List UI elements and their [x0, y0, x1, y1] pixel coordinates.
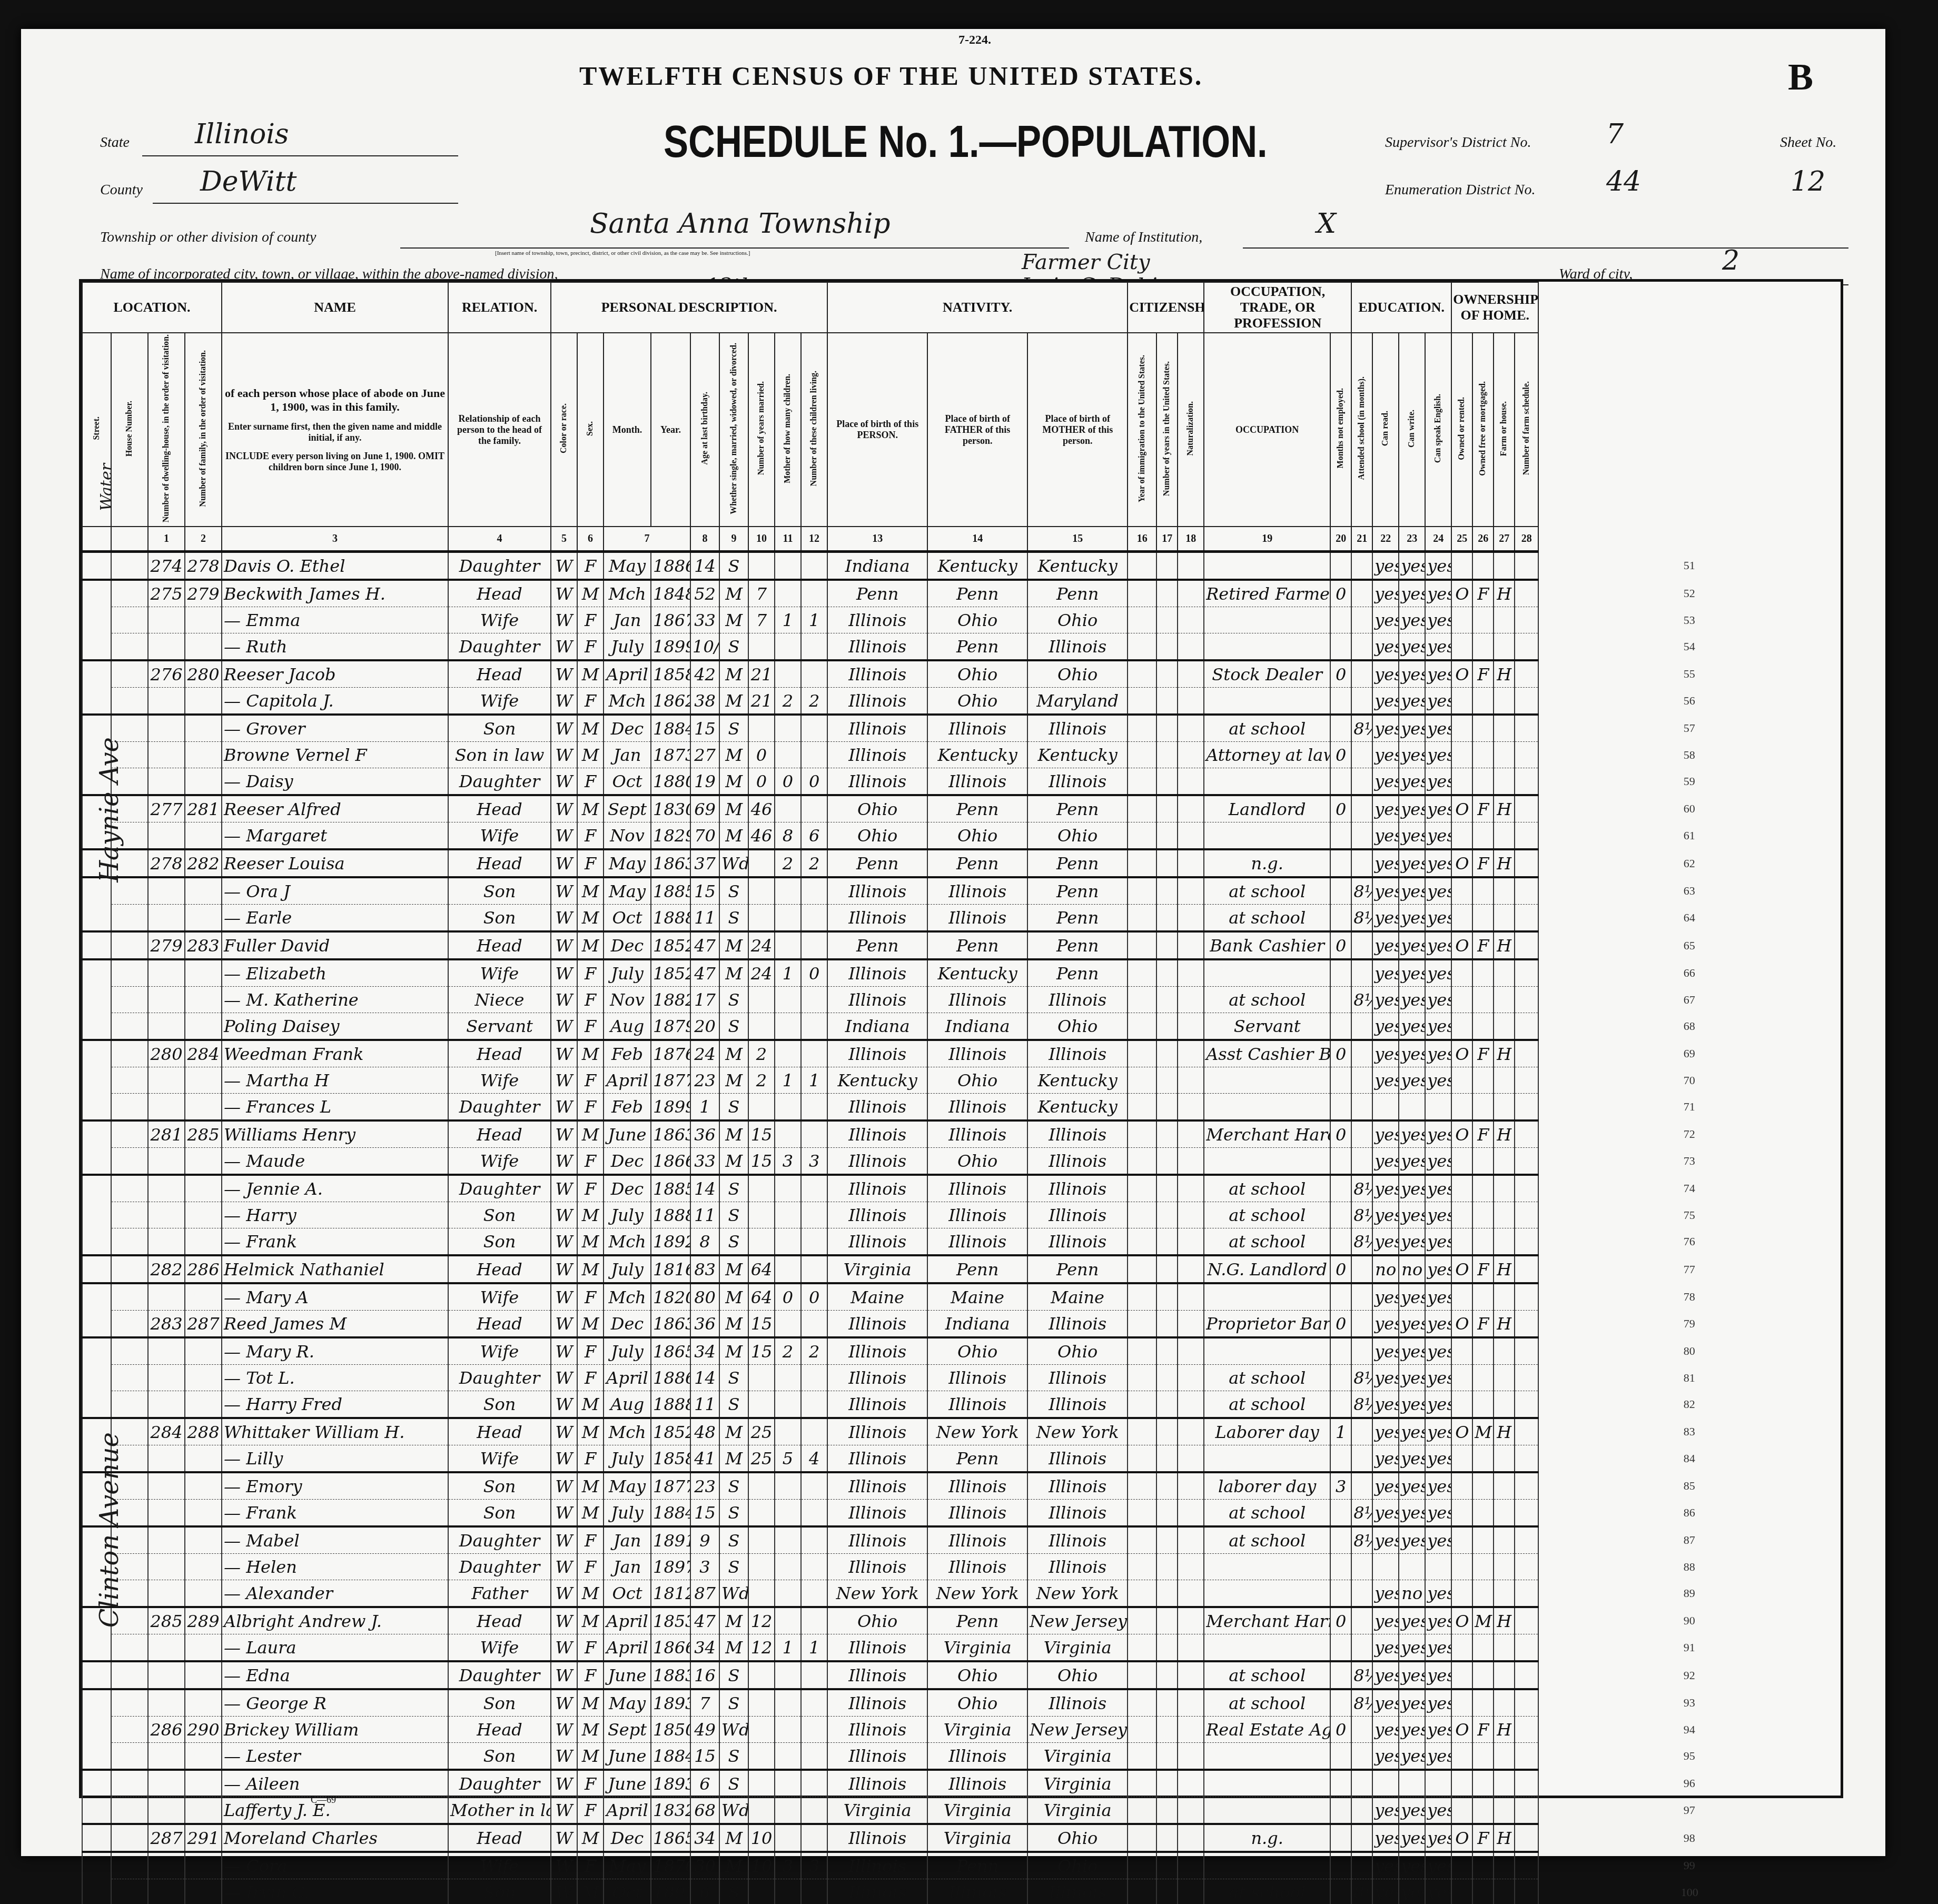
cell-dw [148, 1634, 185, 1662]
cell-mu [1330, 715, 1351, 742]
cell-sex: M [577, 1689, 604, 1717]
cell-yus [1156, 1689, 1178, 1717]
cell-mar: M [719, 959, 748, 987]
cell-fh [1494, 1067, 1515, 1094]
cell-occ [1204, 1797, 1330, 1824]
cell-nat [1178, 1202, 1204, 1228]
cell-dw: 281 [148, 1120, 185, 1148]
table-row: 274278Davis O. EthelDaughterWFMay188614S… [82, 552, 1840, 580]
cell-moc: 5 [775, 1445, 801, 1473]
cell-own [1451, 688, 1472, 715]
cell-dw [148, 1175, 185, 1202]
cell-street [82, 1013, 111, 1040]
cell-house [111, 633, 148, 661]
cell-en: yes [1425, 1391, 1451, 1419]
col-children-living: Number of these children living. [801, 333, 827, 527]
cell-bm: Penn [1027, 795, 1128, 822]
cell-occ: at school [1204, 1202, 1330, 1228]
cell-bm: New Jersey [1027, 1607, 1128, 1634]
cell-imm [1128, 1445, 1156, 1473]
cell-wr: yes [1399, 552, 1425, 580]
cell-month: July [604, 1337, 651, 1365]
cell-occ: at school [1204, 877, 1330, 905]
cell-street [82, 1661, 111, 1689]
cell-ym [748, 1879, 775, 1904]
cell-month: Dec [604, 1175, 651, 1202]
cell-occ [1204, 1445, 1330, 1473]
cell-fs [1515, 849, 1538, 877]
cell-house [111, 1634, 148, 1662]
table-row: — MaudeWifeWFDec186633M1533IllinoisOhioI… [82, 1148, 1840, 1175]
cell-rd: yes [1372, 1580, 1399, 1608]
col-farm-house: Farm or house. [1494, 333, 1515, 527]
cell-en: yes [1425, 822, 1451, 850]
cell-name: — Daisy [222, 768, 448, 796]
cell-nat [1178, 931, 1204, 959]
col-attended-school: Attended school (in months). [1351, 333, 1372, 527]
cell-fam: 287 [185, 1311, 222, 1338]
cell-month: April [604, 1365, 651, 1391]
cell-sch [1351, 1148, 1372, 1175]
cell-street [82, 1824, 111, 1852]
cell-sex: F [577, 849, 604, 877]
cell-sch: 8½ [1351, 987, 1372, 1013]
cell-fh: H [1494, 849, 1515, 877]
header-education: EDUCATION. [1351, 282, 1451, 333]
cell-fs [1515, 1661, 1538, 1689]
cell-year: 1873 [651, 742, 690, 768]
cell-nat [1178, 905, 1204, 932]
cell-house [111, 552, 148, 580]
cell-ym [748, 633, 775, 661]
cell-bp: Penn [827, 580, 927, 607]
col-birth-mother: Place of birth of MOTHER of this person. [1027, 333, 1128, 527]
cell-en: yes [1425, 1580, 1451, 1608]
cell-occ [1204, 768, 1330, 796]
cell-ym [748, 1770, 775, 1797]
cell-cl [801, 1391, 827, 1419]
institution-value: X [1317, 208, 1336, 240]
cell-sex: M [577, 1255, 604, 1283]
cell-fh [1494, 1743, 1515, 1770]
cell-street [82, 1094, 111, 1121]
cell-house [111, 1852, 148, 1879]
cell-own [1451, 1634, 1472, 1662]
cell-fh: H [1494, 1824, 1515, 1852]
cell-cl [801, 1365, 827, 1391]
cell-fm: F [1472, 849, 1494, 877]
cell-cl [801, 742, 827, 768]
cell-house [111, 1120, 148, 1148]
cell-fh: H [1494, 660, 1515, 688]
cell-moc [775, 1797, 801, 1824]
cell-nat [1178, 1148, 1204, 1175]
cell-dw [148, 1365, 185, 1391]
cell-wr: yes [1399, 607, 1425, 633]
cell-bp: Illinois [827, 1743, 927, 1770]
cell-moc [775, 1094, 801, 1121]
cell-mu [1330, 877, 1351, 905]
cell-rel: Head [448, 1717, 551, 1743]
cell-mu [1330, 1013, 1351, 1040]
cell-rel: Daughter [448, 1175, 551, 1202]
schedule-title: SCHEDULE No. 1.—POPULATION. [664, 116, 1268, 168]
cell-year: 1893 [651, 1689, 690, 1717]
table-row: 283287Reed James MHeadWMDec186336M15Illi… [82, 1311, 1840, 1338]
cell-bf: Penn [927, 1255, 1027, 1283]
cell-imm [1128, 768, 1156, 796]
cell-nat [1178, 1554, 1204, 1580]
cell-bm: Ohio [1027, 1824, 1128, 1852]
cell-nat [1178, 1607, 1204, 1634]
cell-age: 11 [690, 1202, 719, 1228]
cell-en [1425, 1094, 1451, 1121]
cell-occ [1204, 1283, 1330, 1311]
cell-moc [775, 1418, 801, 1445]
cell-sch [1351, 931, 1372, 959]
cell-name: — Jennie A. [222, 1175, 448, 1202]
cell-mu: 0 [1330, 1717, 1351, 1743]
cell-en: yes [1425, 905, 1451, 932]
cell-mar: M [719, 1255, 748, 1283]
cell-dw: 284 [148, 1418, 185, 1445]
cell-bp: Illinois [827, 1661, 927, 1689]
cell-nat [1178, 1067, 1204, 1094]
cell-en: yes [1425, 552, 1451, 580]
cell-fh: H [1494, 1311, 1515, 1338]
cell-ym [748, 1013, 775, 1040]
cell-sex: M [577, 715, 604, 742]
cell-dw [148, 905, 185, 932]
cell-rd: yes [1372, 1228, 1399, 1256]
cell-occ: Retired Farmer [1204, 580, 1330, 607]
cell-nat [1178, 742, 1204, 768]
cell-rd: yes [1372, 552, 1399, 580]
cell-month: April [604, 1634, 651, 1662]
cell-house [111, 1283, 148, 1311]
cell-cl [801, 1717, 827, 1743]
cell-moc: 3 [775, 1852, 801, 1879]
cell-bp: Illinois [827, 1472, 927, 1500]
cell-nat [1178, 1175, 1204, 1202]
cell-bm: Virginia [1027, 1743, 1128, 1770]
cell-ym: 64 [748, 1283, 775, 1311]
cell-age: 47 [690, 959, 719, 987]
cell-month: Feb [604, 1040, 651, 1067]
cell-moc: 2 [775, 849, 801, 877]
cell-moc [775, 1255, 801, 1283]
cell-mar: S [719, 1743, 748, 1770]
cell-age: 70 [690, 822, 719, 850]
cell-mu [1330, 1337, 1351, 1365]
cell-line: 63 [1538, 877, 1840, 905]
cell-name: — Lester [222, 1743, 448, 1770]
cell-sch [1351, 1445, 1372, 1473]
cell-fam [185, 1283, 222, 1311]
cell-mu [1330, 987, 1351, 1013]
cell-year: 1853 [651, 1607, 690, 1634]
cell-rd: yes [1372, 1148, 1399, 1175]
cell-mar: Wd [719, 1797, 748, 1824]
cell-sch [1351, 1337, 1372, 1365]
cell-fs [1515, 1824, 1538, 1852]
cell-wr: yes [1399, 1283, 1425, 1311]
cell-fam: 290 [185, 1717, 222, 1743]
cell-age: 19 [690, 768, 719, 796]
cell-bf: Ohio [927, 660, 1027, 688]
header-nativity: NATIVITY. [827, 282, 1128, 333]
cell-wr: yes [1399, 1526, 1425, 1554]
cell-cl [801, 1526, 827, 1554]
cell-rd: yes [1372, 905, 1399, 932]
cell-fam: 284 [185, 1040, 222, 1067]
cell-fs [1515, 1228, 1538, 1256]
cell-own [1451, 1067, 1472, 1094]
cell-ym: 12 [748, 1607, 775, 1634]
cell-own [1451, 1797, 1472, 1824]
table-row: — ElizabethWifeWFJuly185247M2410Illinois… [82, 959, 1840, 987]
col-relation-desc: Relationship of each person to the head … [448, 333, 551, 527]
cell-bm: Illinois [1027, 633, 1128, 661]
cell-yus [1156, 1445, 1178, 1473]
cell-color: W [551, 1148, 577, 1175]
cell-fm [1472, 905, 1494, 932]
cell-bp: Illinois [827, 1554, 927, 1580]
cell-imm [1128, 660, 1156, 688]
cell-yus [1156, 1607, 1178, 1634]
cell-wr: yes [1399, 877, 1425, 905]
cell-year: 1852 [651, 931, 690, 959]
cell-fam [185, 1580, 222, 1608]
cell-fh [1494, 987, 1515, 1013]
cell-line: 78 [1538, 1283, 1840, 1311]
cell-fam [185, 1202, 222, 1228]
cell-fs [1515, 688, 1538, 715]
cell-bf: Penn [927, 633, 1027, 661]
cell-age: 10/12 [690, 633, 719, 661]
cell-fm [1472, 1067, 1494, 1094]
cell-moc: 3 [775, 1148, 801, 1175]
cell-color: W [551, 1770, 577, 1797]
cell-cl [801, 660, 827, 688]
cell-fam: 281 [185, 795, 222, 822]
cell-own [1451, 607, 1472, 633]
cell-cl: 2 [801, 688, 827, 715]
cell-month: April [604, 1067, 651, 1094]
cell-bf: Illinois [927, 1770, 1027, 1797]
cell-color: W [551, 877, 577, 905]
cell-nat [1178, 1228, 1204, 1256]
cell-name: — Ora J [222, 877, 448, 905]
cell-mar: Wd [719, 849, 748, 877]
cell-dw [148, 1689, 185, 1717]
cell-moc [775, 1472, 801, 1500]
cell-mu: 0 [1330, 1040, 1351, 1067]
cell-house [111, 1148, 148, 1175]
cell-street [82, 959, 111, 987]
cell-name: Reed James M [222, 1311, 448, 1338]
cell-street [82, 1337, 111, 1365]
cell-nat [1178, 607, 1204, 633]
cell-nat [1178, 822, 1204, 850]
cell-fs [1515, 1013, 1538, 1040]
cell-mar: S [719, 1472, 748, 1500]
cell-ym: 24 [748, 959, 775, 987]
cell-en: yes [1425, 688, 1451, 715]
cell-bm: Penn [1027, 849, 1128, 877]
cell-mar: S [719, 1770, 748, 1797]
cell-year: 1884 [651, 1500, 690, 1527]
cell-fm [1472, 1879, 1494, 1904]
cell-mar: M [719, 580, 748, 607]
cell-rd: yes [1372, 1445, 1399, 1473]
cell-yus [1156, 688, 1178, 715]
table-row: — LesterSonWMJune188415SIllinoisIllinois… [82, 1743, 1840, 1770]
cell-sex: M [577, 1743, 604, 1770]
cell-imm [1128, 1580, 1156, 1608]
cell-fs [1515, 1852, 1538, 1879]
cell-bp: Ohio [827, 1607, 927, 1634]
cell-fs [1515, 905, 1538, 932]
cell-bf: Kentucky [927, 742, 1027, 768]
cell-color: W [551, 1634, 577, 1662]
cell-nat [1178, 1472, 1204, 1500]
cell-fh [1494, 688, 1515, 715]
cell-color: W [551, 1067, 577, 1094]
cell-yus [1156, 768, 1178, 796]
cell-dw [148, 1391, 185, 1419]
cell-bm: Ohio [1027, 1852, 1128, 1879]
cell-line: 94 [1538, 1717, 1840, 1743]
cell-line: 92 [1538, 1661, 1840, 1689]
col-farm-schedule: Number of farm schedule. [1515, 333, 1538, 527]
cell-mar: M [719, 1418, 748, 1445]
cell-sex: M [577, 1500, 604, 1527]
cell-nat [1178, 1445, 1204, 1473]
cell-house [111, 580, 148, 607]
cell-dw: 286 [148, 1717, 185, 1743]
cell-name: — Aileen [222, 1770, 448, 1797]
cell-age: 9 [690, 1526, 719, 1554]
cell-sch [1351, 822, 1372, 850]
cell-mar: M [719, 1852, 748, 1879]
cell-ym: 2 [748, 1067, 775, 1094]
cell-year: 1899 [651, 1094, 690, 1121]
cell-wr: yes [1399, 1040, 1425, 1067]
cell-month: Dec [604, 715, 651, 742]
cell-mu [1330, 1094, 1351, 1121]
cell-house [111, 1879, 148, 1904]
cell-own: O [1451, 660, 1472, 688]
cell-rel: Head [448, 580, 551, 607]
cell-name: — Martha H [222, 1067, 448, 1094]
cell-rd: yes [1372, 633, 1399, 661]
cell-fh [1494, 607, 1515, 633]
cell-sex: F [577, 1852, 604, 1879]
cell-imm [1128, 1067, 1156, 1094]
cell-line: 86 [1538, 1500, 1840, 1527]
cell-occ [1204, 1580, 1330, 1608]
cell-bm: Illinois [1027, 1365, 1128, 1391]
cell-imm [1128, 905, 1156, 932]
cell-sex: F [577, 1013, 604, 1040]
cell-occ: Servant [1204, 1013, 1330, 1040]
cell-dw: 275 [148, 580, 185, 607]
cell-mu: 0 [1330, 1120, 1351, 1148]
cell-fm [1472, 1228, 1494, 1256]
cell-month: May [604, 877, 651, 905]
cell-sch [1351, 1013, 1372, 1040]
cell-month: Jan [604, 1526, 651, 1554]
cell-fam [185, 1852, 222, 1879]
cell-mar: M [719, 742, 748, 768]
cell-imm [1128, 1365, 1156, 1391]
cell-line: 62 [1538, 849, 1840, 877]
cell-bf: Penn [927, 931, 1027, 959]
cell-nat [1178, 1526, 1204, 1554]
cell-bf: Virginia [927, 1797, 1027, 1824]
cell-rd: yes [1372, 931, 1399, 959]
cell-bm: New Jersey [1027, 1717, 1128, 1743]
cell-occ: laborer day [1204, 1472, 1330, 1500]
cell-occ: N.G. Landlord [1204, 1255, 1330, 1283]
cell-cl [801, 1580, 827, 1608]
cell-month: Mch [604, 580, 651, 607]
cell-month: Nov [604, 822, 651, 850]
cell-month: Aug [604, 1391, 651, 1419]
cell-street [82, 660, 111, 688]
cell-mar: M [719, 1040, 748, 1067]
cell-sex: F [577, 822, 604, 850]
cell-line: 79 [1538, 1311, 1840, 1338]
cell-age: 14 [690, 1365, 719, 1391]
cell-nat [1178, 1365, 1204, 1391]
cell-rd [1372, 1770, 1399, 1797]
cell-rd: yes [1372, 1607, 1399, 1634]
cell-dw [148, 768, 185, 796]
cell-yus [1156, 1040, 1178, 1067]
cell-bf: Penn [927, 580, 1027, 607]
cell-fm [1472, 688, 1494, 715]
cell-name: Fuller David [222, 931, 448, 959]
cell-sex: F [577, 607, 604, 633]
cell-rel: Wife [448, 1634, 551, 1662]
cell-street [82, 931, 111, 959]
cell-own [1451, 1175, 1472, 1202]
cell-yus [1156, 1824, 1178, 1852]
cell-year: 1893 [651, 1879, 690, 1904]
cell-name: — Cora [222, 1852, 448, 1879]
cell-fm [1472, 1852, 1494, 1879]
col-can-write: Can write. [1399, 333, 1425, 527]
cell-line: 77 [1538, 1255, 1840, 1283]
cell-bf: Illinois [927, 1554, 1027, 1580]
cell-en: yes [1425, 607, 1451, 633]
cell-yus [1156, 1472, 1178, 1500]
cell-cl [801, 633, 827, 661]
cell-age: 16 [690, 1661, 719, 1689]
cell-occ: Merchant Harness [1204, 1607, 1330, 1634]
cell-age: 14 [690, 1175, 719, 1202]
cell-occ: at school [1204, 1879, 1330, 1904]
cell-ym [748, 1500, 775, 1527]
cell-en: yes [1425, 1418, 1451, 1445]
cell-house [111, 607, 148, 633]
cell-bf: Illinois [927, 1526, 1027, 1554]
cell-imm [1128, 1879, 1156, 1904]
col-free-mortgaged: Owned free or mortgaged. [1472, 333, 1494, 527]
cell-own [1451, 1526, 1472, 1554]
